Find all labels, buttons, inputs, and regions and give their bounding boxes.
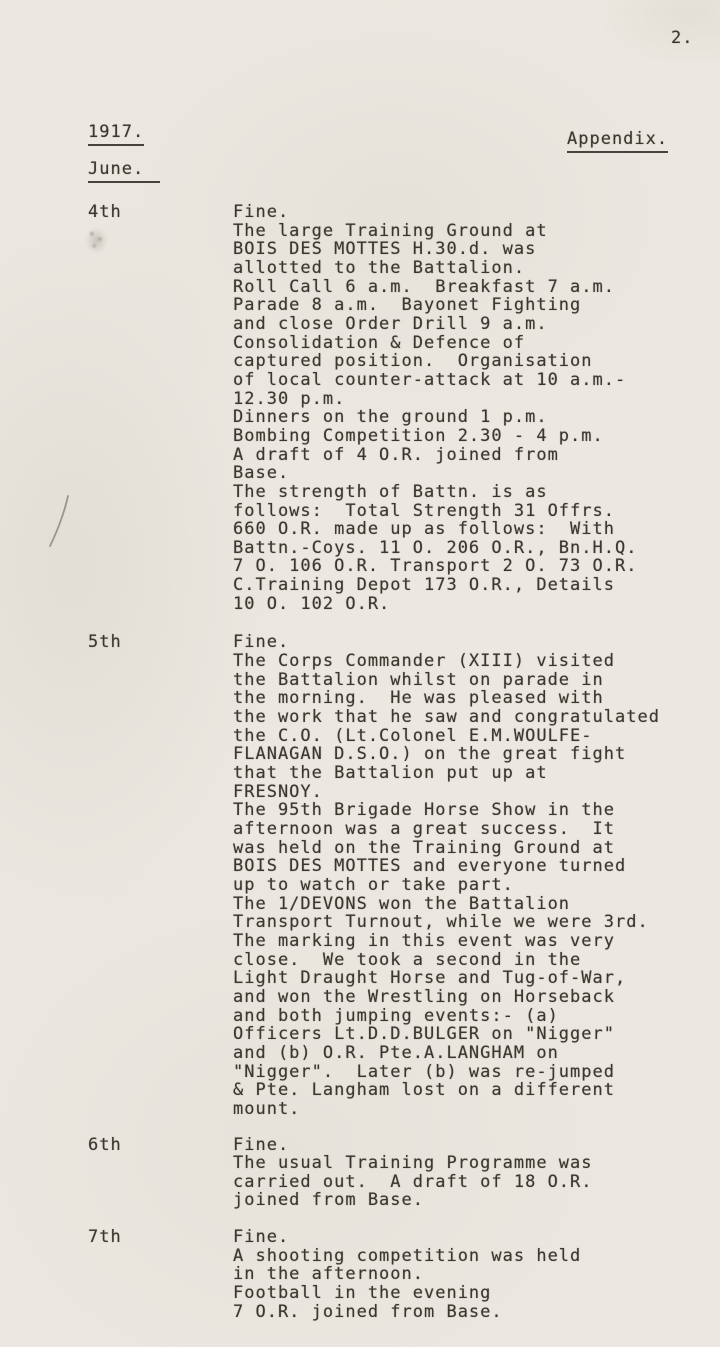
entry-body: Fine. The Corps Commander (XIII) visited… — [233, 633, 720, 1118]
diary-entry: 5th Fine. The Corps Commander (XIII) vis… — [0, 633, 720, 1118]
appendix-heading: Appendix. — [567, 130, 668, 153]
entry-date: 6th — [88, 1136, 233, 1211]
diary-entry: 4th Fine. The large Training Ground at B… — [0, 203, 720, 613]
page-number: 2. — [671, 29, 693, 48]
diary-entry: 6th Fine. The usual Training Programme w… — [0, 1136, 720, 1211]
entry-body: Fine. The large Training Ground at BOIS … — [233, 203, 720, 613]
entry-date: 7th — [88, 1228, 233, 1321]
year-heading: 1917. — [88, 123, 144, 146]
entry-date: 5th — [88, 633, 233, 1118]
month-heading: June. — [88, 160, 160, 183]
entry-date: 4th — [88, 203, 233, 613]
diary-entries: 4th Fine. The large Training Ground at B… — [0, 203, 720, 1321]
entry-body: Fine. A shooting competition was held in… — [233, 1228, 720, 1321]
entry-body: Fine. The usual Training Programme was c… — [233, 1136, 720, 1211]
diary-entry: 7th Fine. A shooting competition was hel… — [0, 1228, 720, 1321]
